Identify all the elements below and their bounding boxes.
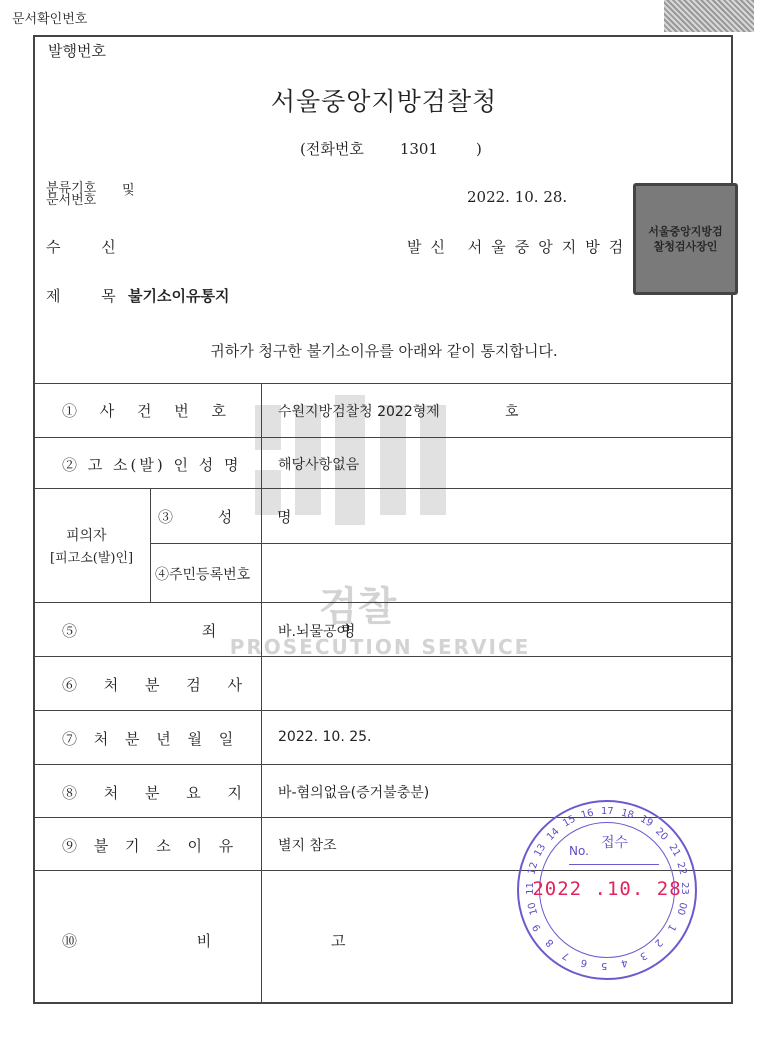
classification-line2: 문서번호 [46,195,96,207]
stamp-date: 2022 .10. 28 [519,878,695,900]
stamp-hour: 7 [560,949,571,962]
stamp-received-label: 접수 [601,832,628,852]
notice-text: 귀하가 청구한 불기소이유를 아래와 같이 통지합니다. [0,340,768,361]
charge-value: 바.뇌물공여 [278,621,350,641]
stamp-hour: 5 [601,960,607,971]
stamp-hour: 19 [638,814,655,830]
stamp-hour: 11 [525,882,536,895]
suspect-group-label: 피의자 [66,525,107,545]
phone-label: (전화번호 [300,138,364,159]
resident-number-label: ④주민등록번호 [155,564,250,584]
remarks-label: ⑩ 비 고 [62,930,346,951]
seal-text: 서울중앙지방검찰청검사장인 [646,224,726,254]
case-number-value: 수원지방검찰청 2022형제 [278,401,440,421]
stamp-hour: 8 [544,937,556,949]
stamp-hour: 00 [675,901,689,916]
stamp-hour: 10 [526,901,540,916]
stamp-hour: 20 [653,826,670,843]
table-line [150,543,733,544]
stamp-hour: 3 [637,949,648,962]
issue-number-label: 발행번호 [48,40,106,61]
non-prosecution-reason-label: ⑨ 불 기 소 이 유 [62,835,239,856]
stamp-hour: 6 [580,957,589,969]
case-number-label: ① 사 건 번 호 [62,400,235,421]
prosecutor-label: ⑥ 처 분 검 사 [62,674,253,695]
stamp-hour: 23 [679,882,690,895]
official-seal: 서울중앙지방검찰청검사장인 [633,183,738,295]
classification-and: 및 [122,185,135,197]
complainant-label: ② 고 소(발) 인 성 명 [62,454,242,475]
table-divider [150,488,151,602]
stamp-hour: 13 [533,842,549,859]
subject: 불기소이유통지 [128,285,229,306]
phone-close: ) [476,140,482,158]
table-line [33,383,733,384]
stamp-hour: 18 [620,807,635,821]
table-line [33,437,733,438]
table-line [33,710,733,711]
stamp-hour: 9 [531,921,544,932]
stamp-hour: 15 [561,814,578,830]
disposition-summary-label: ⑧ 처 분 요 지 [62,782,253,803]
subject-label: 제 목 [46,285,134,306]
stamp-hour: 22 [675,861,689,876]
disposition-date-value: 2022. 10. 25. [278,729,372,745]
phone-number: 1301 [400,140,438,158]
stamp-hour: 21 [666,842,682,859]
qr-code [664,0,754,32]
stamp-hour: 17 [601,806,614,817]
document-date: 2022. 10. 28. [467,188,567,206]
table-line [33,602,733,603]
office-title: 서울중앙지방검찰청 [0,82,768,118]
stamp-hour: 14 [545,826,562,843]
document-confirmation-label: 문서확인번호 [12,8,87,27]
table-line [33,764,733,765]
table-line [33,656,733,657]
case-number-suffix: 호 [505,401,519,421]
stamp-underline [569,864,659,865]
table-line [33,488,733,489]
table-divider [261,383,262,1004]
non-prosecution-reason-value: 별지 참조 [278,835,337,855]
stamp-hour: 4 [620,957,629,969]
suspect-group-sublabel: [피고소(발)인] [50,547,133,566]
stamp-hour: 12 [526,861,540,876]
stamp-hour: 1 [665,921,678,932]
phone-line: (전화번호1301) [300,138,482,159]
complainant-value: 해당사항없음 [278,454,359,474]
classification-label: 분류기호 문서번호 및 [46,183,96,207]
stamp-hour: 2 [652,937,664,949]
disposition-summary-value: 바-혐의없음(증거불충분) [278,782,429,802]
stamp-no-label: No. [569,844,589,858]
received-date-stamp: No. 접수 2022 .10. 28 89101112131415161718… [517,800,697,980]
stamp-hour: 16 [580,807,595,821]
disposition-date-label: ⑦ 처 분 년 월 일 [62,728,239,749]
suspect-name-label: ③ 성 명 [158,506,292,527]
recipient-label: 수 신 [46,236,134,257]
